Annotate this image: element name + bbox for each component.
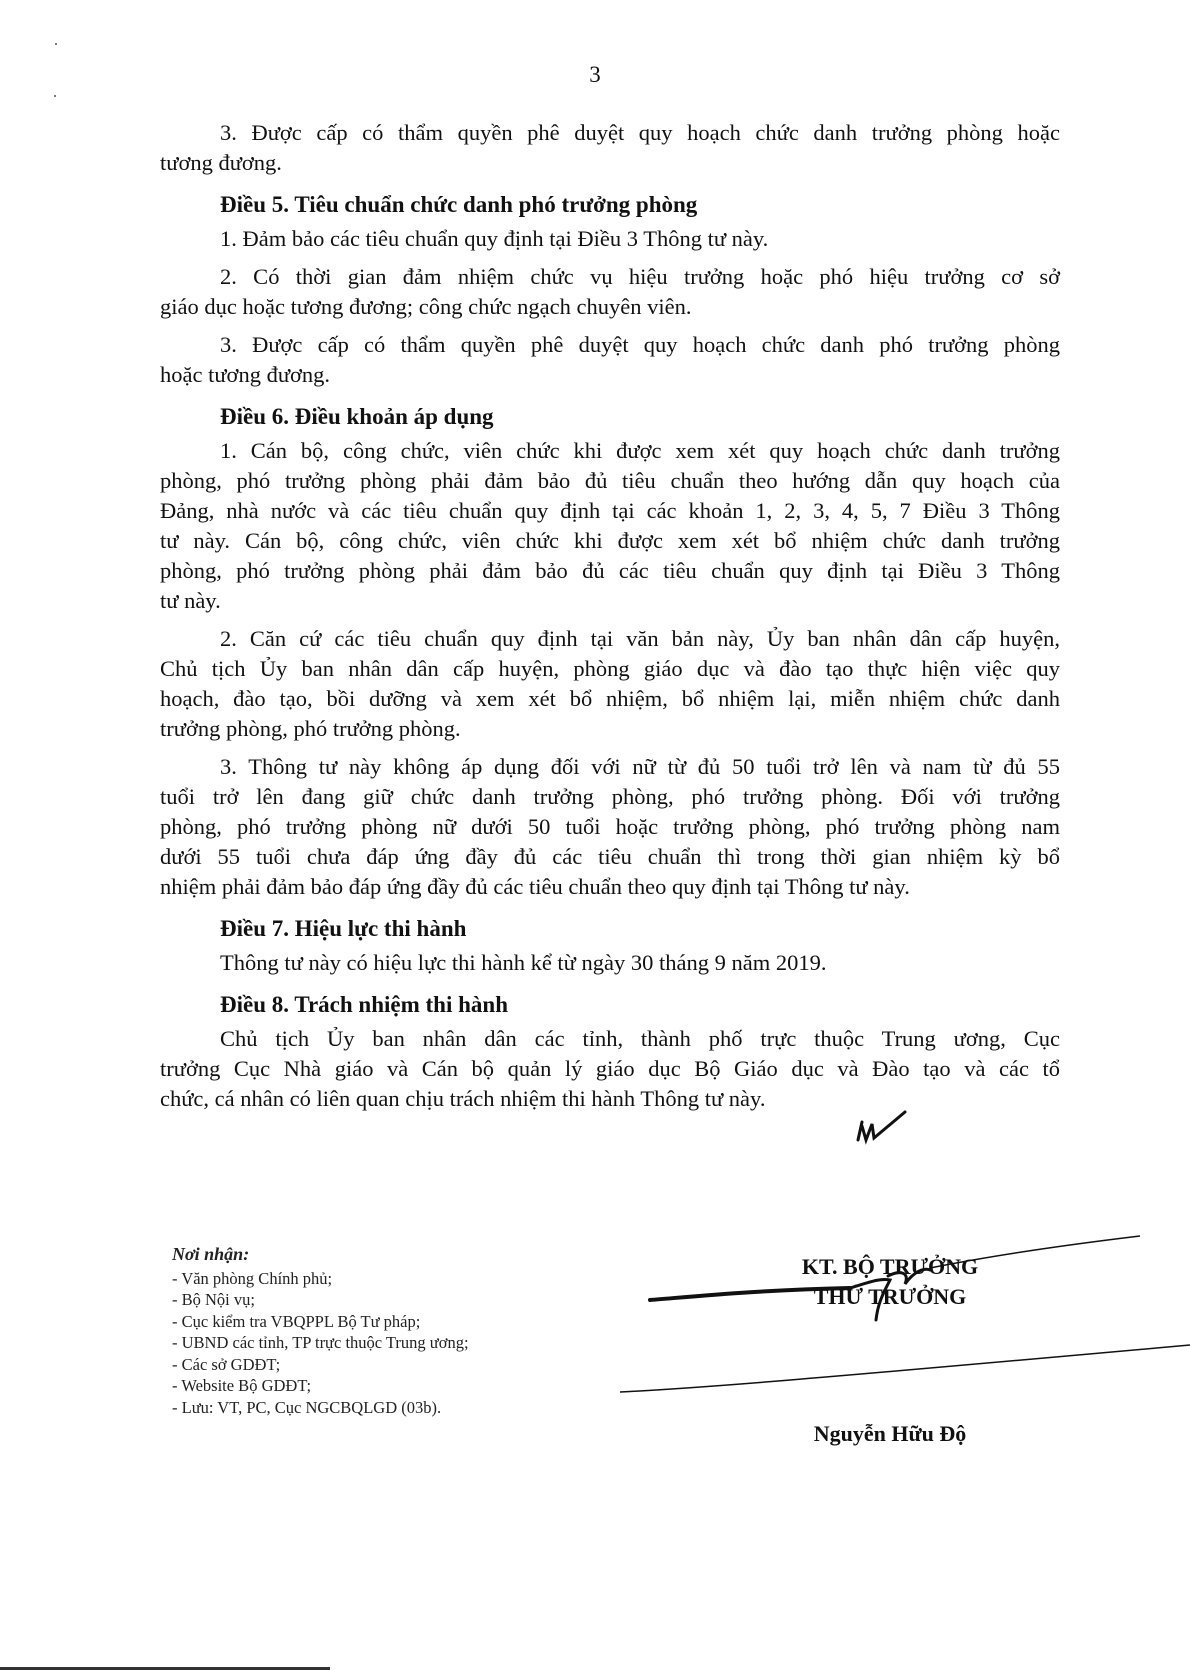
handwritten-signature-icon xyxy=(0,0,1190,1670)
signer-name: Nguyễn Hữu Độ xyxy=(760,1421,1020,1447)
document-page: 3 3. Được cấp có thẩm quyền phê duyệt qu… xyxy=(0,0,1190,1670)
